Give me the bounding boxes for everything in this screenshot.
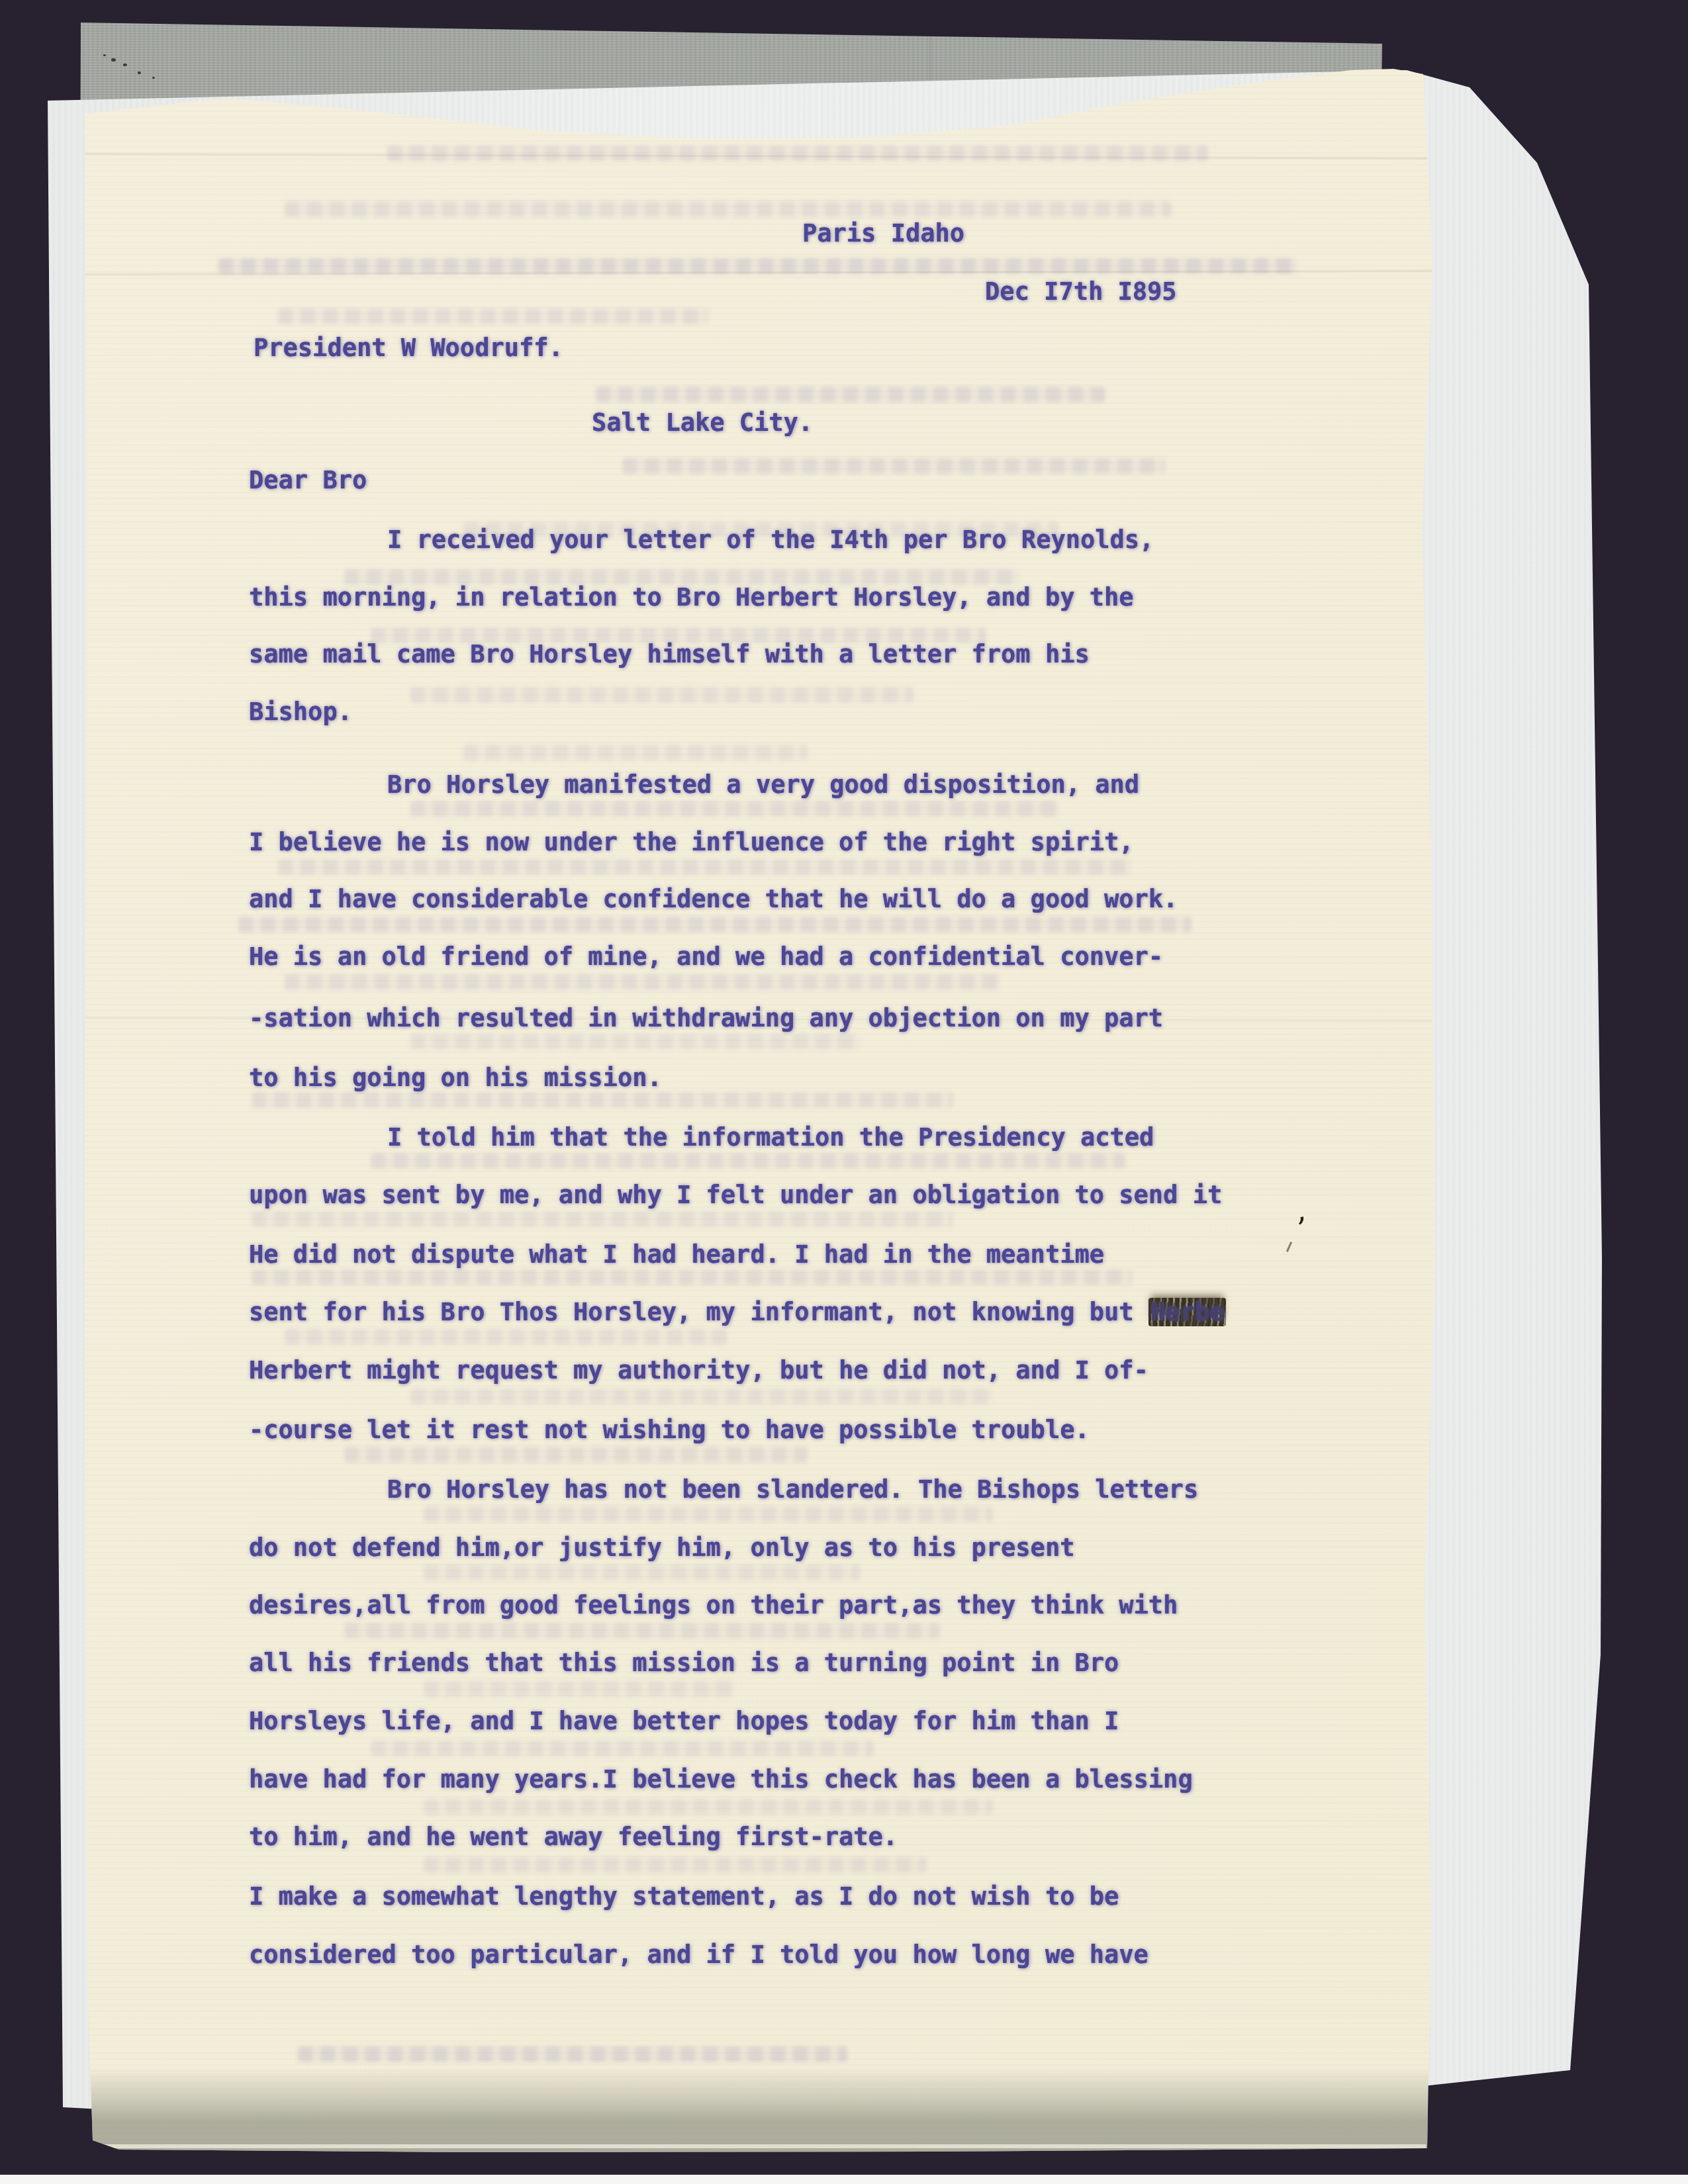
letter-line-body: He is an old friend of mine, and we had … bbox=[249, 943, 1163, 972]
letter-line-address: Salt Lake City. bbox=[592, 409, 813, 437]
letter-line-body: same mail came Bro Horsley himself with … bbox=[249, 641, 1090, 669]
ghost-text-streak bbox=[424, 1857, 927, 1873]
ghost-text-streak bbox=[252, 1269, 1132, 1285]
letter-line-body: Herbert might request my authority, but … bbox=[249, 1357, 1149, 1385]
letter-line-body: Horsleys life, and I have better hopes t… bbox=[249, 1707, 1119, 1736]
ghost-text-streak bbox=[424, 1799, 993, 1815]
ghost-text-streak bbox=[410, 1388, 993, 1404]
ghost-text-streak bbox=[298, 2046, 847, 2062]
ghost-text-streak bbox=[238, 917, 1192, 933]
letter-line-recipient: President W Woodruff. bbox=[254, 334, 563, 363]
ghost-text-streak bbox=[218, 258, 1297, 274]
letter-line-body: sent for his Bro Thos Horsley, my inform… bbox=[249, 1298, 1226, 1327]
paper-speck bbox=[111, 58, 116, 62]
scanner-strip bbox=[0, 2175, 1688, 2184]
ghost-text-streak bbox=[596, 387, 1105, 402]
letter-line-text: sent for his Bro Thos Horsley, my inform… bbox=[249, 1298, 1149, 1326]
letter-line-place: Paris Idaho bbox=[802, 220, 964, 248]
letter-scan: Paris IdahoDec I7th I895President W Wood… bbox=[0, 0, 1688, 2184]
letter-line-body: -sation which resulted in withdrawing an… bbox=[249, 1005, 1163, 1033]
paper-speck bbox=[123, 64, 127, 66]
paper-edge bbox=[91, 2144, 1426, 2148]
ghost-text-streak bbox=[278, 859, 1132, 875]
letter-line-body: to his going on his mission. bbox=[249, 1064, 662, 1093]
ghost-text-streak bbox=[285, 974, 1000, 990]
letter-line-salutation: Dear Bro bbox=[249, 467, 367, 495]
struck-out-word: Herbe bbox=[1149, 1298, 1226, 1326]
ghost-text-streak bbox=[410, 801, 1059, 817]
letter-line-body: this morning, in relation to Bro Herbert… bbox=[249, 584, 1134, 612]
ghost-text-streak bbox=[344, 1447, 808, 1463]
ghost-text-streak bbox=[410, 1034, 861, 1050]
ghost-text-streak bbox=[371, 1741, 874, 1756]
letter-line-body: He did not dispute what I had heard. I h… bbox=[249, 1241, 1104, 1269]
letter-line-body: Bro Horsley has not been slandered. The … bbox=[387, 1476, 1198, 1504]
letter-line-body: Bishop. bbox=[249, 698, 352, 727]
letter-line-body: I received your letter of the I4th per B… bbox=[387, 526, 1154, 555]
letter-line-body: I believe he is now under the influence … bbox=[249, 829, 1134, 857]
letter-line-body: do not defend him,or justify him, only a… bbox=[249, 1534, 1074, 1563]
ghost-text-streak bbox=[622, 458, 1165, 474]
ghost-text-streak bbox=[285, 1329, 728, 1345]
letter-line-body: and I have considerable confidence that … bbox=[249, 886, 1178, 914]
paper-speck bbox=[103, 54, 106, 56]
ghost-text-streak bbox=[463, 745, 808, 760]
letter-line-body: I make a somewhat lengthy statement, as … bbox=[249, 1883, 1119, 1911]
ghost-text-streak bbox=[410, 687, 914, 703]
ghost-text-streak bbox=[424, 1565, 861, 1580]
paper-speck bbox=[152, 77, 155, 79]
letter-line-body: -course let it rest not wishing to have … bbox=[249, 1416, 1090, 1445]
letter-line-body: desires,all from good feelings on their … bbox=[249, 1592, 1178, 1620]
letter-line-body: all his friends that this mission is a t… bbox=[249, 1649, 1119, 1678]
ghost-text-streak bbox=[278, 308, 708, 324]
letter-line-body: I told him that the information the Pres… bbox=[387, 1124, 1154, 1152]
ghost-text-streak bbox=[285, 201, 1172, 217]
ghost-text-streak bbox=[344, 1623, 940, 1639]
paper-speck bbox=[138, 71, 141, 74]
ghost-text-streak bbox=[252, 1092, 953, 1108]
letter-line-body: have had for many years.I believe this c… bbox=[249, 1766, 1193, 1794]
letter-line-body: considered too particular, and if I told… bbox=[249, 1941, 1149, 1970]
letter-line-body: Bro Horsley manifested a very good dispo… bbox=[387, 771, 1139, 799]
ghost-text-streak bbox=[387, 146, 1208, 161]
letter-line-body: upon was sent by me, and why I felt unde… bbox=[249, 1181, 1222, 1210]
ghost-text-streak bbox=[424, 1506, 993, 1522]
ghost-text-streak bbox=[424, 1681, 735, 1697]
letter-line-body: to him, and he went away feeling first-r… bbox=[249, 1823, 898, 1852]
ghost-text-streak bbox=[252, 1211, 953, 1227]
letter-line-date: Dec I7th I895 bbox=[985, 278, 1177, 306]
ghost-text-streak bbox=[371, 1153, 1125, 1169]
